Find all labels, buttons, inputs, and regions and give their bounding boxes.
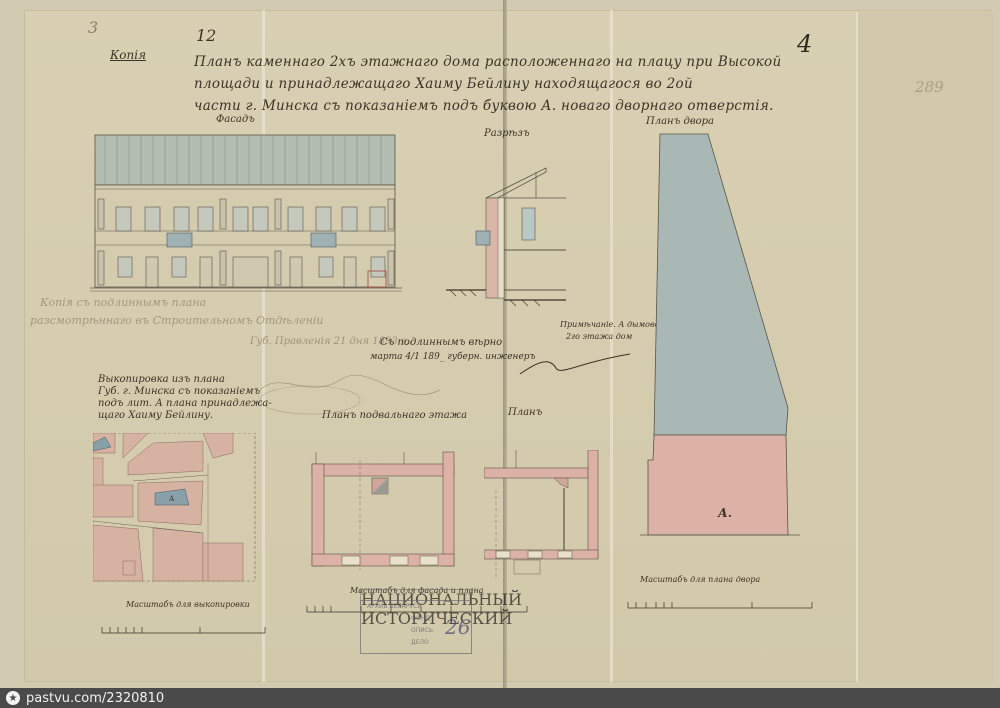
section-label: Разрѣзъ — [484, 128, 530, 139]
map-caption-2: Губ. г. Минска съ показаніемъ — [98, 386, 260, 397]
site-map-drawing: А — [93, 433, 258, 583]
section-note-2: 2го этажа дом — [566, 332, 632, 341]
approval-line-1: Съ подлиннымъ вѣрно — [380, 337, 502, 348]
floor-plan-label: Планъ — [508, 407, 542, 418]
yard-plan-drawing — [640, 130, 800, 560]
map-marker-a: А — [169, 495, 175, 503]
pencil-mark: 289 — [915, 78, 944, 96]
basement-plan-drawing — [300, 450, 460, 570]
archive-stamp: АРХИВ БЕЛАРУСИ ФОНД ОПИСЬ ДЕЛО 26 — [360, 600, 472, 654]
basement-plan-label: Планъ подвальнаго этажа — [322, 410, 467, 421]
signature-flourish — [510, 350, 640, 380]
yard-plan-label: Планъ двора — [646, 116, 714, 127]
source-footer: ★ pastvu.com/2320810 — [0, 688, 1000, 708]
signature-line-2: разсмотрѣннаго въ Строительномъ Отдѣлені… — [30, 314, 323, 327]
page-number: 4 — [797, 30, 812, 58]
copy-label: Копія — [110, 48, 146, 62]
title-line-2: площади и принадлежащаго Хаиму Бейлину н… — [194, 76, 693, 92]
map-caption-4: щаго Хаиму Бейлину. — [98, 410, 213, 421]
yard-marker-a: А. — [718, 506, 732, 520]
map-scale-label: Масштабъ для выкопировки — [126, 600, 250, 609]
folio-mark: 12 — [196, 26, 216, 45]
title-line-3: части г. Минска съ показаніемъ подъ букв… — [194, 98, 774, 114]
star-icon: ★ — [6, 691, 20, 705]
facade-label: Фасадъ — [216, 114, 255, 125]
yard-scale-bar — [626, 598, 816, 612]
map-caption-1: Выкопировка изъ плана — [98, 374, 225, 385]
paper-right-panel — [856, 12, 994, 682]
yard-scale-label: Масштабъ для плана двора — [640, 575, 760, 584]
floor-plan-drawing — [484, 450, 604, 580]
section-drawing — [446, 150, 566, 310]
corner-mark: 3 — [88, 18, 98, 37]
signature-line-1: Копія съ подлиннымъ плана — [40, 296, 206, 309]
stamp-handwritten-number: 26 — [445, 615, 470, 639]
map-caption-3: подъ лит. А плана принадлежа- — [98, 398, 272, 409]
source-url[interactable]: pastvu.com/2320810 — [26, 691, 164, 706]
map-scale-bar — [100, 623, 270, 637]
facade-drawing — [90, 133, 402, 293]
title-line-1: Планъ каменнаго 2хъ этажнаго дома распол… — [194, 54, 781, 70]
